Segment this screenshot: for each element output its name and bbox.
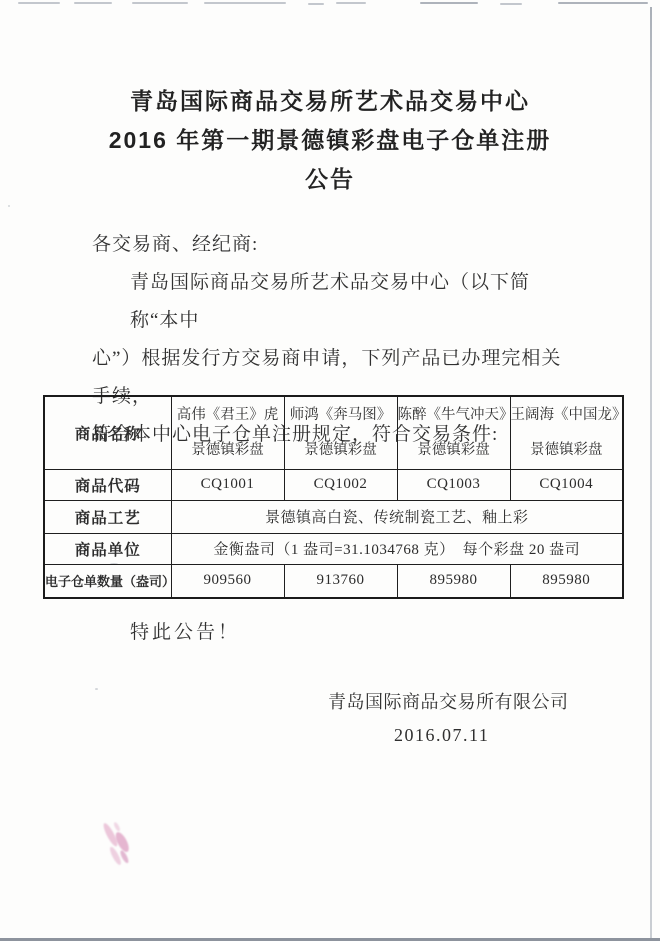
table-row-craft: 商品工艺 景德镇高白瓷、传统制瓷工艺、釉上彩 xyxy=(44,500,623,533)
product-code-cell: CQ1002 xyxy=(284,469,397,500)
product-name-line1: 王阔海《中国龙》 xyxy=(511,398,623,433)
product-name-cell: 陈醉《牛气冲天》 景德镇彩盘 xyxy=(397,396,510,469)
scan-artifact-dash xyxy=(558,2,648,4)
scan-artifact-dash xyxy=(18,2,60,4)
product-name-line2: 景德镇彩盘 xyxy=(511,433,623,468)
table-row-product-name: 商品名称 高伟《君王》虎 景德镇彩盘 师鸿《奔马图》 景德镇彩盘 陈醉《牛气冲天… xyxy=(44,396,623,469)
product-name-cell: 高伟《君王》虎 景德镇彩盘 xyxy=(171,396,284,469)
product-code-cell: CQ1001 xyxy=(171,469,284,500)
table-row-unit: 商品单位 金衡盎司（1 盎司=31.1034768 克） 每个彩盘 20 盎司 xyxy=(44,533,623,564)
unit-value-cell: 金衡盎司（1 盎司=31.1034768 克） 每个彩盘 20 盎司 xyxy=(171,533,623,564)
product-name-cell: 王阔海《中国龙》 景德镇彩盘 xyxy=(510,396,623,469)
scan-artifact-dash xyxy=(420,2,478,4)
quantity-cell: 895980 xyxy=(510,564,623,598)
product-table: 商品名称 高伟《君王》虎 景德镇彩盘 师鸿《奔马图》 景德镇彩盘 陈醉《牛气冲天… xyxy=(43,395,624,599)
pink-ink-smudge xyxy=(90,810,153,880)
scan-artifact-dash xyxy=(74,2,112,4)
product-code-cell: CQ1004 xyxy=(510,469,623,500)
scan-artifact-speck xyxy=(8,205,10,207)
product-name-line1: 师鸿《奔马图》 xyxy=(285,398,397,433)
product-name-cell: 师鸿《奔马图》 景德镇彩盘 xyxy=(284,396,397,469)
row-label-craft: 商品工艺 xyxy=(44,500,171,533)
row-label-unit: 商品单位 xyxy=(44,533,171,564)
product-name-line1: 陈醉《牛气冲天》 xyxy=(398,398,510,433)
scan-artifact-dash xyxy=(204,2,286,4)
product-name-line1: 高伟《君王》虎 xyxy=(172,398,284,433)
product-code-cell: CQ1003 xyxy=(397,469,510,500)
product-name-line2: 景德镇彩盘 xyxy=(398,433,510,468)
title-line-3: 公告 xyxy=(0,160,660,199)
quantity-cell: 909560 xyxy=(171,564,284,598)
scanned-announcement-page: 青岛国际商品交易所艺术品交易中心 2016 年第一期景德镇彩盘电子仓单注册 公告… xyxy=(0,0,660,941)
craft-value-cell: 景德镇高白瓷、传统制瓷工艺、釉上彩 xyxy=(171,500,623,533)
product-name-line2: 景德镇彩盘 xyxy=(172,433,284,468)
row-label-product-name: 商品名称 xyxy=(44,396,171,469)
salutation: 各交易商、经纪商: xyxy=(92,226,578,264)
closing-statement: 特此公告！ xyxy=(130,617,240,644)
scan-artifact-dash xyxy=(132,2,188,4)
product-name-line2: 景德镇彩盘 xyxy=(285,433,397,468)
document-title: 青岛国际商品交易所艺术品交易中心 2016 年第一期景德镇彩盘电子仓单注册 公告 xyxy=(0,82,660,199)
paragraph-line: 青岛国际商品交易所艺术品交易中心（以下简称“本中 xyxy=(130,264,578,340)
scan-artifact-dash xyxy=(308,3,324,5)
scan-artifact-speck xyxy=(95,688,98,690)
quantity-cell: 895980 xyxy=(397,564,510,598)
title-line-1: 青岛国际商品交易所艺术品交易中心 xyxy=(0,82,660,121)
scan-artifact-dash xyxy=(500,3,522,5)
signature-company: 青岛国际商品交易所有限公司 xyxy=(328,688,569,714)
row-label-product-code: 商品代码 xyxy=(44,469,171,500)
table-row-quantity: 电子仓单数量（盎司） 909560 913760 895980 895980 xyxy=(44,564,623,598)
quantity-cell: 913760 xyxy=(284,564,397,598)
table-row-product-code: 商品代码 CQ1001 CQ1002 CQ1003 CQ1004 xyxy=(44,469,623,500)
signature-date: 2016.07.11 xyxy=(394,725,489,746)
scan-artifact-dash xyxy=(336,2,366,4)
title-line-2: 2016 年第一期景德镇彩盘电子仓单注册 xyxy=(0,121,660,160)
row-label-quantity: 电子仓单数量（盎司） xyxy=(44,564,171,598)
